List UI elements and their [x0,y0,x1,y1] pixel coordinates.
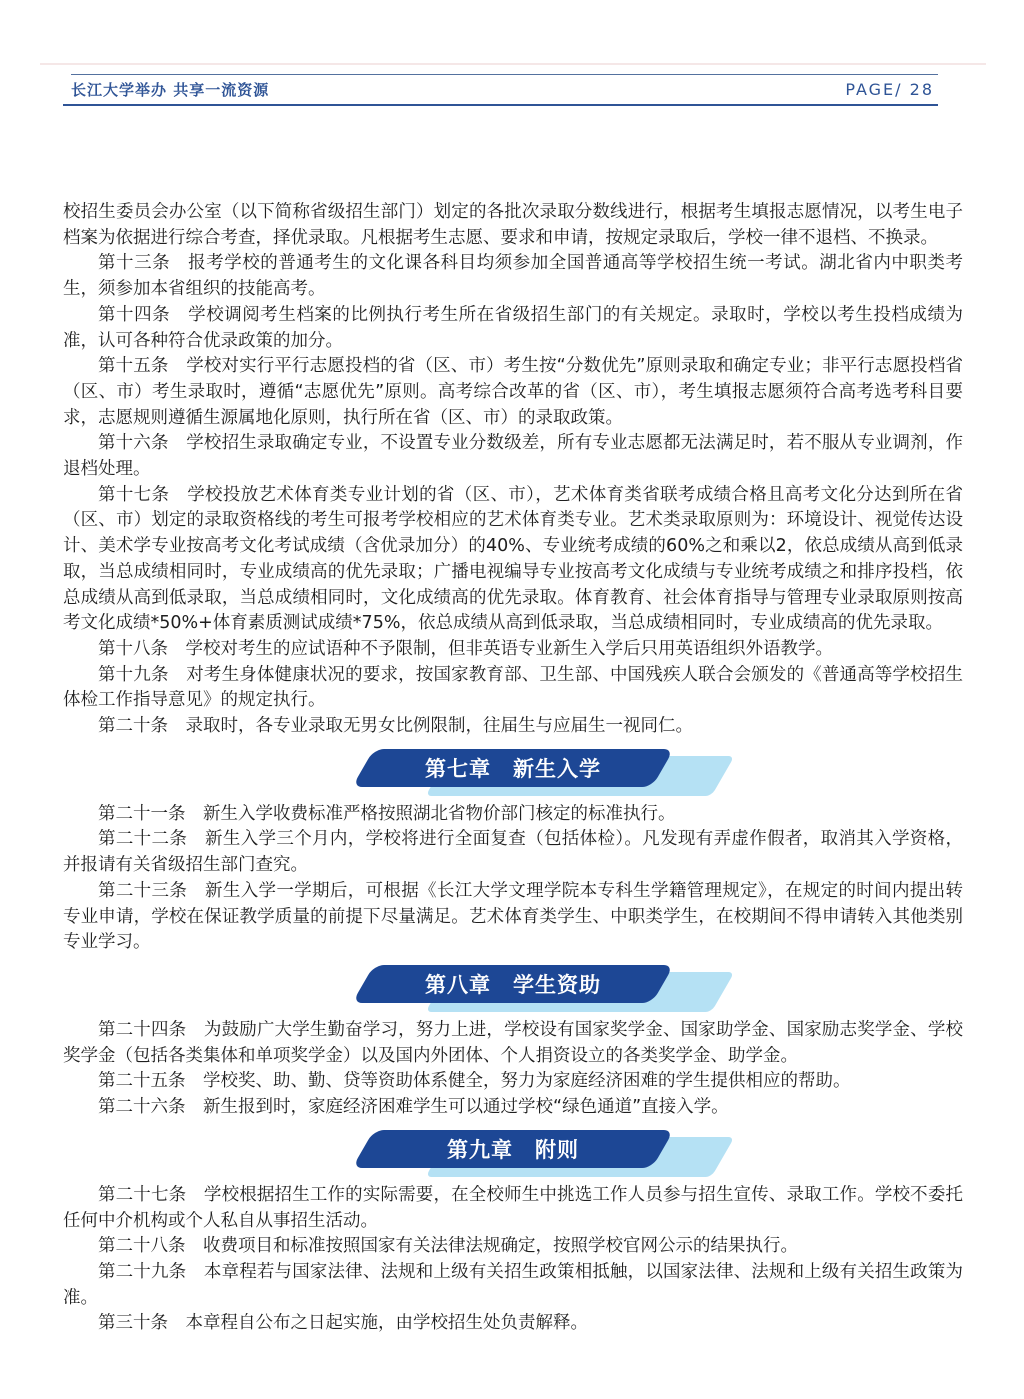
article-19: 第十九条 对考生身体健康状况的要求，按国家教育部、卫生部、中国残疾人联合会颁发的… [63,663,963,714]
article-23: 第二十三条 新生入学一学期后，可根据《长江大学文理学院本专科生学籍管理规定》，在… [63,879,963,956]
header-slogan: 长江大学举办 共享一流资源 [71,79,269,100]
article-21: 第二十一条 新生入学收费标准严格按照湖北省物价部门核定的标准执行。 [63,802,963,828]
article-17: 第十七条 学校投放艺术体育类专业计划的省（区、市），艺术体育类省联考成绩合格且高… [63,483,963,637]
chapter-7-title: 第七章 新生入学 [363,749,663,787]
article-30: 第三十条 本章程自公布之日起实施，由学校招生处负责解释。 [63,1311,963,1337]
article-28: 第二十八条 收费项目和标准按照国家有关法律法规确定，按照学校官网公示的结果执行。 [63,1234,963,1260]
header-row: 长江大学举办 共享一流资源 PAGE/ 28 [63,75,938,104]
article-15: 第十五条 学校对实行平行志愿投档的省（区、市）考生按“分数优先”原则录取和确定专… [63,354,963,431]
article-16: 第十六条 学校招生录取确定专业，不设置专业分数级差，所有专业志愿都无法满足时，若… [63,431,963,482]
header-rule-bottom [63,104,938,106]
chapter-9-banner: 第九章 附则 [363,1130,663,1168]
document-page: 长江大学举办 共享一流资源 PAGE/ 28 校招生委员会办公室（以下简称省级招… [0,0,1024,1399]
article-22: 第二十二条 新生入学三个月内，学校将进行全面复查（包括体检）。凡发现有弄虚作假者… [63,827,963,878]
article-20: 第二十条 录取时，各专业录取无男女比例限制，往届生与应届生一视同仁。 [63,714,963,740]
chapter-7-banner: 第七章 新生入学 [363,749,663,787]
article-14: 第十四条 学校调阅考生档案的比例执行考生所在省级招生部门的有关规定。录取时，学校… [63,303,963,354]
article-26: 第二十六条 新生报到时，家庭经济困难学生可以通过学校“绿色通道”直接入学。 [63,1095,963,1121]
chapter-8-banner: 第八章 学生资助 [363,965,663,1003]
document-body: 校招生委员会办公室（以下简称省级招生部门）划定的各批次录取分数线进行，根据考生填… [63,200,963,1337]
chapter-8-title: 第八章 学生资助 [363,965,663,1003]
chapter-9-title: 第九章 附则 [363,1130,663,1168]
article-24: 第二十四条 为鼓励广大学生勤奋学习，努力上进，学校设有国家奖学金、国家助学金、国… [63,1018,963,1069]
article-27: 第二十七条 学校根据招生工作的实际需要，在全校师生中挑选工作人员参与招生宣传、录… [63,1183,963,1234]
faint-scan-line [40,63,986,65]
page-number-label: PAGE/ 28 [845,80,934,99]
page-header: 长江大学举办 共享一流资源 PAGE/ 28 [63,74,938,106]
article-13: 第十三条 报考学校的普通考生的文化课各科目均须参加全国普通高等学校招生统一考试。… [63,251,963,302]
article-25: 第二十五条 学校奖、助、勤、贷等资助体系健全，努力为家庭经济困难的学生提供相应的… [63,1069,963,1095]
paragraph-continuation: 校招生委员会办公室（以下简称省级招生部门）划定的各批次录取分数线进行，根据考生填… [63,200,963,251]
article-18: 第十八条 学校对考生的应试语种不予限制，但非英语专业新生入学后只用英语组织外语教… [63,637,963,663]
article-29: 第二十九条 本章程若与国家法律、法规和上级有关招生政策相抵触，以国家法律、法规和… [63,1260,963,1311]
